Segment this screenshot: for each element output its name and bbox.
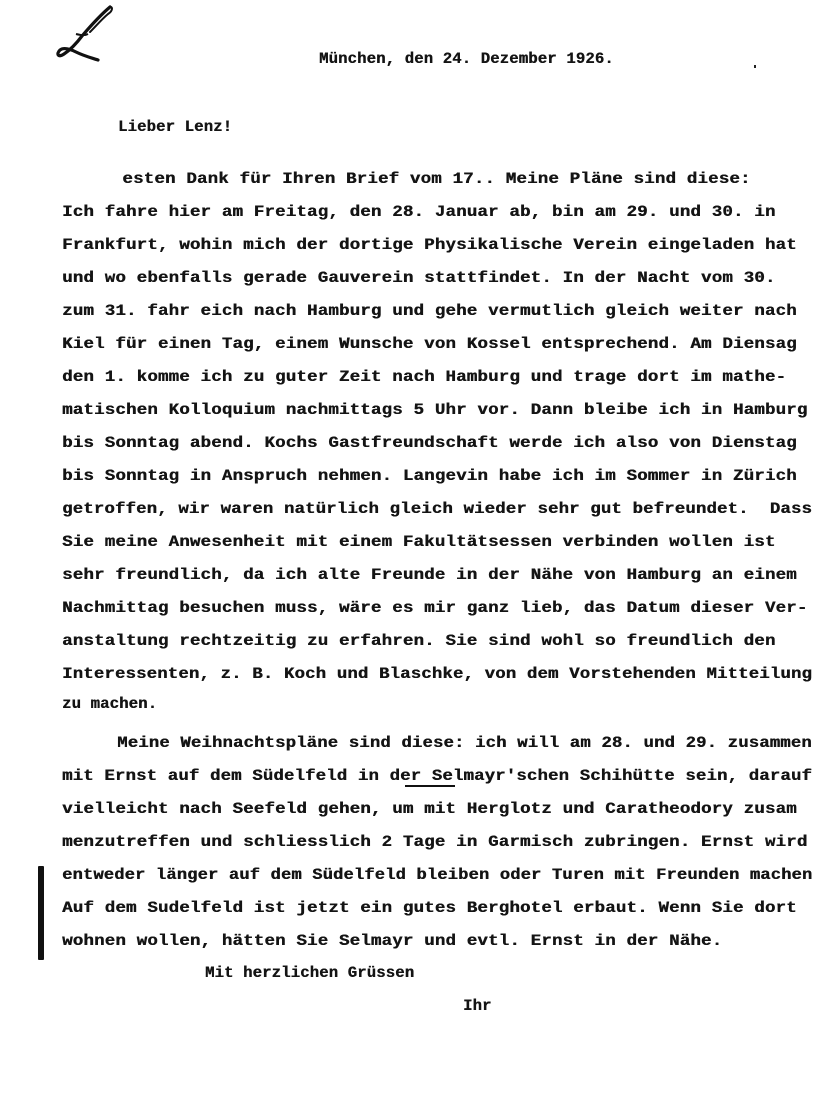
paper-speck: [754, 65, 756, 68]
body-line: esten Dank für Ihren Brief vom 17.. Mein…: [101, 172, 751, 188]
body-line: Frankfurt, wohin mich der dortige Physik…: [62, 238, 797, 254]
body-line: bis Sonntag abend. Kochs Gastfreundschaf…: [62, 436, 797, 452]
margin-bar: [38, 866, 44, 960]
body-line: sehr freundlich, da ich alte Freunde in …: [62, 568, 797, 584]
body-line: vielleicht nach Seefeld gehen, um mit He…: [62, 802, 797, 818]
pen-underline: [405, 785, 455, 787]
body-line: den 1. komme ich zu guter Zeit nach Hamb…: [62, 370, 786, 386]
body-line: Meine Weihnachtspläne sind diese: ich wi…: [75, 736, 812, 752]
body-line: und wo ebenfalls gerade Gauverein stattf…: [62, 271, 775, 287]
body-line: entweder länger auf dem Südelfeld bleibe…: [62, 868, 812, 884]
salutation: Lieber Lenz!: [118, 120, 232, 136]
place-date: München, den 24. Dezember 1926.: [319, 52, 614, 68]
body-line: Ich fahre hier am Freitag, den 28. Janua…: [62, 205, 775, 221]
handwritten-l-icon: [52, 4, 118, 62]
body-line: zu machen.: [62, 697, 157, 713]
letter-page: München, den 24. Dezember 1926. Lieber L…: [0, 0, 826, 1119]
body-line: bis Sonntag in Anspruch nehmen. Langevin…: [62, 469, 797, 485]
body-line: menzutreffen und schliesslich 2 Tage in …: [62, 835, 807, 851]
body-line: Kiel für einen Tag, einem Wunsche von Ko…: [62, 337, 797, 353]
body-line: Auf dem Sudelfeld ist jetzt ein gutes Be…: [62, 901, 797, 917]
body-line: wohnen wollen, hätten Sie Selmayr und ev…: [62, 934, 722, 950]
body-line: Interessenten, z. B. Koch und Blaschke, …: [62, 667, 812, 683]
body-line: matischen Kolloquium nachmittags 5 Uhr v…: [62, 403, 807, 419]
body-line: anstaltung rechtzeitig zu erfahren. Sie …: [62, 634, 775, 650]
signature: Ihr: [463, 999, 492, 1015]
body-line: Sie meine Anwesenheit mit einem Fakultät…: [62, 535, 775, 551]
closing: Mit herzlichen Grüssen: [205, 966, 414, 982]
body-line: mit Ernst auf dem Südelfeld in der Selma…: [62, 769, 812, 785]
body-line: zum 31. fahr eich nach Hamburg und gehe …: [62, 304, 797, 320]
body-line: getroffen, wir waren natürlich gleich wi…: [62, 502, 812, 518]
body-line: Nachmittag besuchen muss, wäre es mir ga…: [62, 601, 807, 617]
